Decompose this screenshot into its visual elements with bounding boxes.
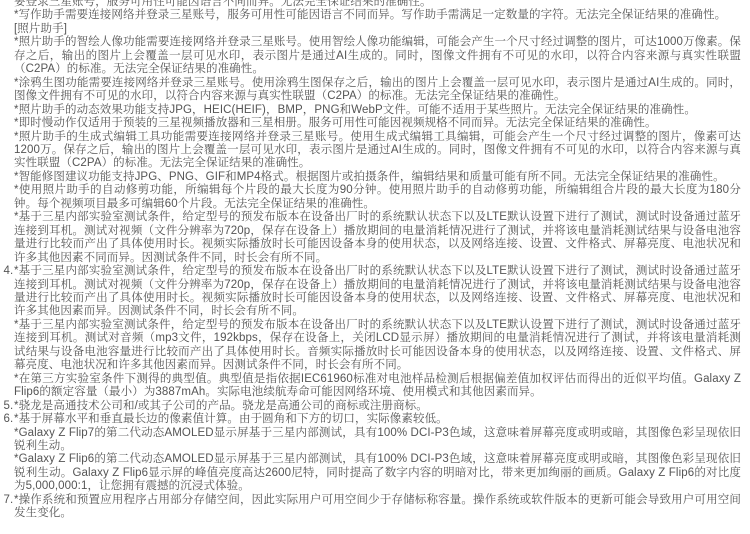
footnote-text: *操作系统和预置应用程序占用部分存储空间，因此实际用户可用空间少于存储标称容量。… (14, 494, 741, 519)
footnote-number: 5. (4, 400, 14, 413)
footnote-text: *写作助手需要连接网络并登录三星账号，服务可用性可能因语言不同而异。写作助手需满… (14, 9, 726, 21)
footnote-paragraph: *写作助手需要连接网络并登录三星账号，服务可用性可能因语言不同而异。写作助手需满… (14, 9, 741, 22)
footnote-text: *骁龙是高通技术公司和/或其子公司的产品。骁龙是高通公司的商标或注册商标。 (14, 400, 428, 412)
footnote-text: 要登录三星账号，服务可用性可能因语言不同而异。无法完全保证结果的准确性。 (14, 0, 432, 8)
footnote-text: *Galaxy Z Flip6的第二代动态AMOLED显示屏基于三星内部测试，具… (14, 453, 741, 492)
footnote-text: *照片助手的生成式编辑工具功能需要连接网络并登录三星账号。使用生成式编辑工具编辑… (14, 131, 741, 170)
footnote-text: *在第三方实验室条件下测得的典型值。典型值是指依据IEC61960标准对电池样品… (14, 373, 741, 398)
footnote-paragraph: *照片助手的生成式编辑工具功能需要连接网络并登录三星账号。使用生成式编辑工具编辑… (14, 131, 741, 171)
footnote-text: *基于三星内部实验室测试条件，给定型号的预发布版本在设备出厂时的系统默认状态下以… (14, 211, 741, 263)
footnote-text: *基于三星内部实验室测试条件，给定型号的预发布版本在设备出厂时的系统默认状态下以… (14, 265, 741, 317)
disclaimer-page: 要登录三星账号，服务可用性可能因语言不同而异。无法完全保证结果的准确性。 *写作… (0, 0, 750, 534)
footnote-paragraph: *基于三星内部实验室测试条件，给定型号的预发布版本在设备出厂时的系统默认状态下以… (14, 211, 741, 265)
footnote-number: 7. (4, 494, 14, 507)
footnote-paragraph: *照片助手的智绘人像功能需要连接网络并登录三星账号。使用智绘人像功能编辑，可能会… (14, 36, 741, 76)
footnote-paragraph: *在第三方实验室条件下测得的典型值。典型值是指依据IEC61960标准对电池样品… (14, 373, 741, 400)
footnote-text: *即时慢动作仅适用于预装的三星视频播放器和三星相册。服务可用性可能因视频规格不同… (14, 117, 657, 129)
footnote-text: *智能修图建议功能支持JPG、PNG、GIF和MP4格式。根据图片或拍摄条件，编… (14, 171, 725, 183)
footnote-paragraph: *Galaxy Z Flip7的第二代动态AMOLED显示屏基于三星内部测试，具… (14, 427, 741, 454)
footnote-paragraph: *使用照片助手的自动修剪功能，所编辑每个片段的最大长度为90分钟。使用照片助手的… (14, 184, 741, 211)
footnote-text: [照片助手] (14, 23, 67, 35)
footnote-number: 6. (4, 413, 14, 426)
footnote-number: 4. (4, 265, 14, 278)
footnote-text: *Galaxy Z Flip7的第二代动态AMOLED显示屏基于三星内部测试，具… (14, 427, 741, 452)
footnote-item-5: 5. *骁龙是高通技术公司和/或其子公司的产品。骁龙是高通公司的商标或注册商标。 (14, 400, 741, 413)
footnote-paragraph: *Galaxy Z Flip6的第二代动态AMOLED显示屏基于三星内部测试，具… (14, 453, 741, 493)
footnote-paragraph: *基于三星内部实验室测试条件，给定型号的预发布版本在设备出厂时的系统默认状态下以… (14, 319, 741, 373)
footnote-paragraph: *即时慢动作仅适用于预装的三星视频播放器和三星相册。服务可用性可能因视频规格不同… (14, 117, 741, 130)
footnote-text: *照片助手的动态效果功能支持JPG，HEIC(HEIF)，BMP，PNG和Web… (14, 104, 696, 116)
section-header-photo-assist: [照片助手] (14, 23, 741, 36)
footnote-item-7: 7. *操作系统和预置应用程序占用部分存储空间，因此实际用户可用空间少于存储标称… (14, 494, 741, 521)
footnote-text: *基于三星内部实验室测试条件，给定型号的预发布版本在设备出厂时的系统默认状态下以… (14, 319, 741, 371)
footnote-item-6: 6. *基于屏幕水平和垂直最长边的像素值计算。由于圆角和下方的切口，实际像素较低… (14, 413, 741, 426)
footnote-paragraph: *智能修图建议功能支持JPG、PNG、GIF和MP4格式。根据图片或拍摄条件，编… (14, 171, 741, 184)
footnote-item-4: 4. *基于三星内部实验室测试条件，给定型号的预发布版本在设备出厂时的系统默认状… (14, 265, 741, 319)
footnote-text: *照片助手的智绘人像功能需要连接网络并登录三星账号。使用智绘人像功能编辑，可能会… (14, 36, 741, 75)
footnote-paragraph: *照片助手的动态效果功能支持JPG，HEIC(HEIF)，BMP，PNG和Web… (14, 104, 741, 117)
footnote-text: *基于屏幕水平和垂直最长边的像素值计算。由于圆角和下方的切口，实际像素较低。 (14, 413, 448, 425)
disclaimer-text-column: 要登录三星账号，服务可用性可能因语言不同而异。无法完全保证结果的准确性。 *写作… (0, 0, 750, 521)
footnote-text: *涂鸦生图功能需要连接网络并登录三星账号。使用涂鸦生图保存之后，输出的图片上会覆… (14, 77, 741, 102)
footnote-text: *使用照片助手的自动修剪功能，所编辑每个片段的最大长度为90分钟。使用照片助手的… (14, 184, 741, 209)
footnote-paragraph: *涂鸦生图功能需要连接网络并登录三星账号。使用涂鸦生图保存之后，输出的图片上会覆… (14, 77, 741, 104)
